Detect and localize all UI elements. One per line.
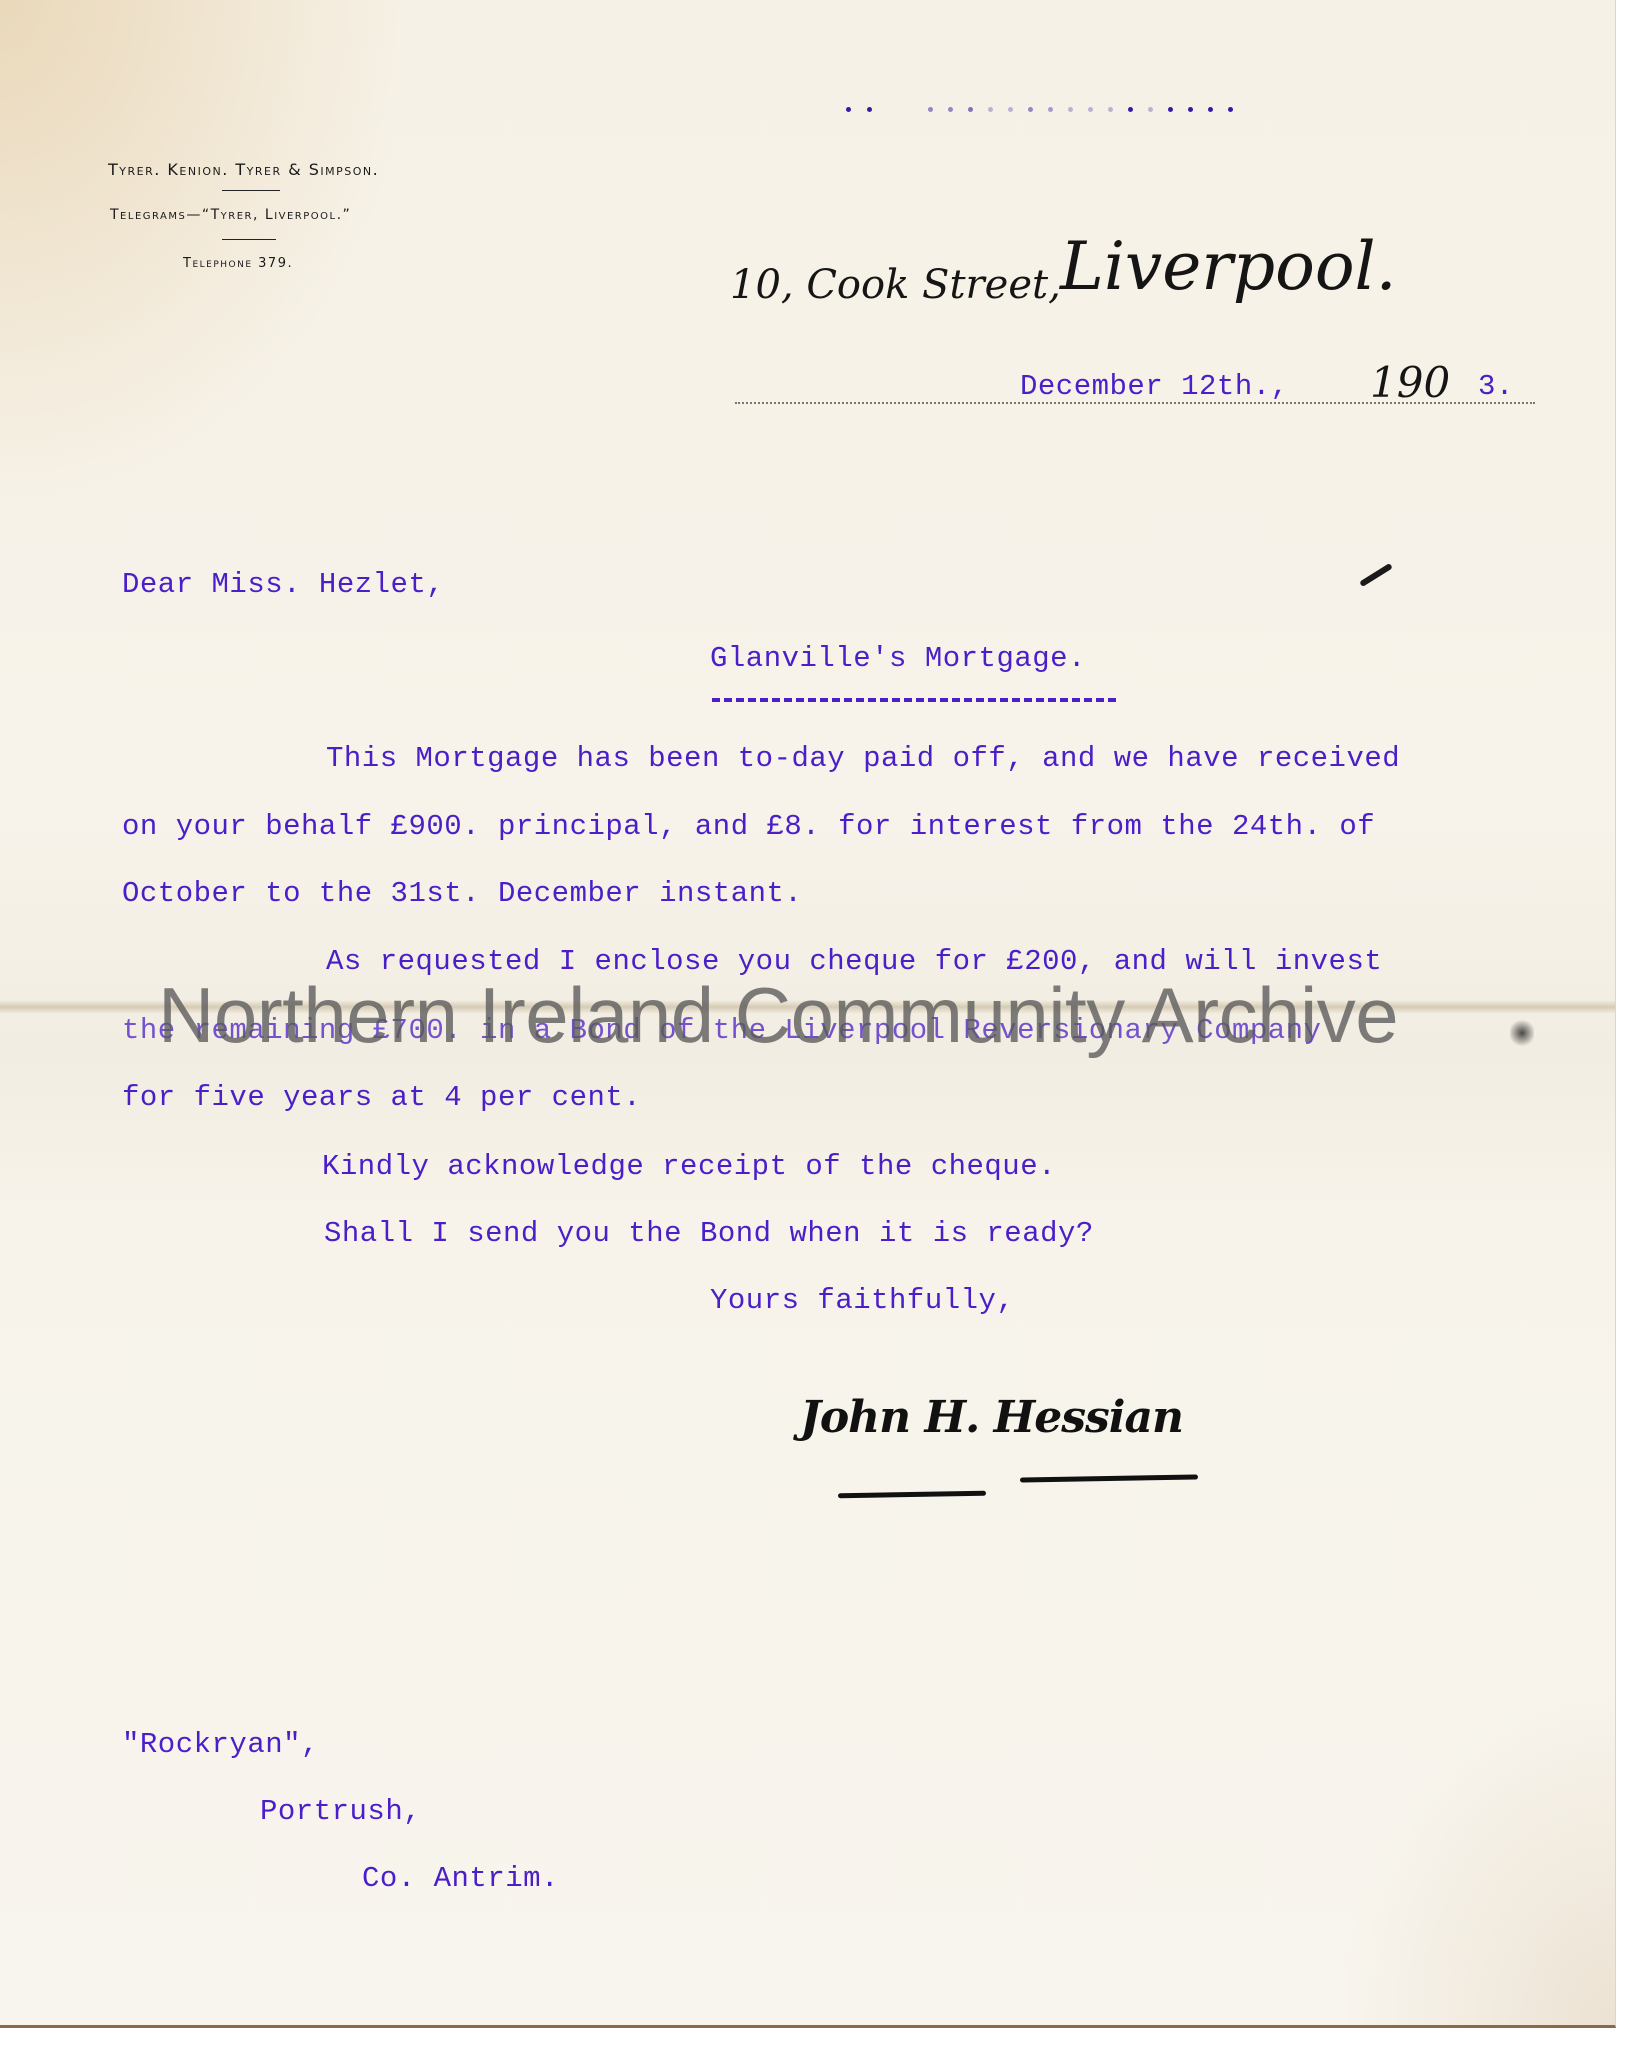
letterhead-divider [222, 190, 280, 191]
letterhead-telegrams: Telegrams—“Tyrer, Liverpool.” [110, 207, 351, 223]
recipient-address-line2: Portrush, [260, 1795, 421, 1828]
date-typed: December 12th., [1020, 370, 1289, 403]
letterhead-divider [222, 239, 276, 240]
closing: Yours faithfully, [710, 1284, 1014, 1317]
body-p1-line2: on your behalf £900. principal, and £8. … [122, 810, 1375, 843]
recipient-address-line3: Co. Antrim. [362, 1862, 559, 1895]
body-p2-line3: for five years at 4 per cent. [122, 1081, 641, 1114]
body-p4: Shall I send you the Bond when it is rea… [324, 1217, 1094, 1250]
subject-underline [712, 698, 1116, 702]
recipient-address-line1: "Rockryan", [122, 1728, 319, 1761]
body-p3: Kindly acknowledge receipt of the cheque… [322, 1150, 1056, 1183]
letterhead-telephone: Telephone 379. [183, 256, 293, 271]
printed-street-address: 10, Cook Street, [730, 262, 1061, 308]
date-printed-year-prefix: 190 [1370, 358, 1450, 407]
archive-watermark: Northern Ireland Community Archive [158, 970, 1398, 1061]
ink-blot [1510, 1018, 1534, 1048]
date-year-suffix: 3. [1478, 370, 1514, 403]
body-p1-line3: October to the 31st. December instant. [122, 877, 802, 910]
signature: John H. Hessian [800, 1392, 1183, 1443]
body-p1-line1: This Mortgage has been to-day paid off, … [326, 742, 1400, 775]
printed-city: Liverpool. [1060, 228, 1397, 305]
letterhead-firm: Tyrer. Kenion. Tyrer & Simpson. [108, 160, 379, 179]
top-dot-marks [846, 107, 1233, 112]
salutation: Dear Miss. Hezlet, [122, 568, 444, 601]
subject-line: Glanville's Mortgage. [710, 642, 1086, 675]
